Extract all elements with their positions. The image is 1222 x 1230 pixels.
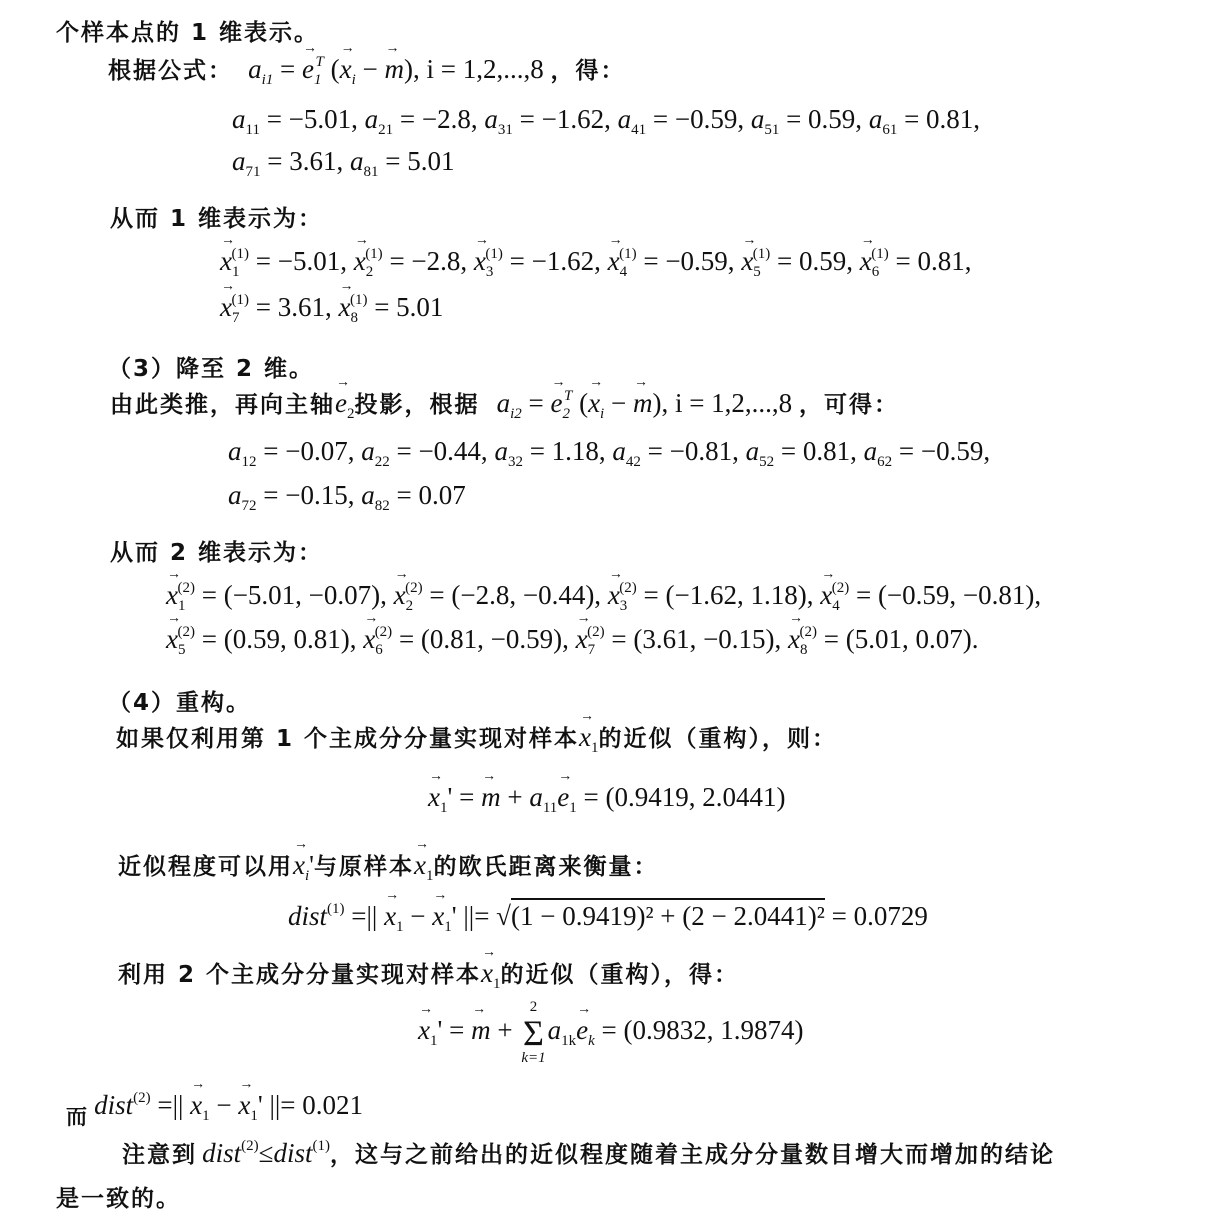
x1-values-row1: x1(1) = −5.01, x2(1) = −2.8, x3(1) = −1.…: [220, 246, 972, 281]
heading-2d: 从而 2 维表示为：: [110, 534, 323, 567]
a2-values-row1: a12 = −0.07, a22 = −0.44, a32 = 1.18, a4…: [228, 436, 990, 471]
heading-1d: 从而 1 维表示为：: [110, 200, 323, 233]
section-3-title: （3）降至 2 维。: [108, 350, 314, 383]
x2-values-row2: x5(2) = (0.59, 0.81), x6(2) = (0.81, −0.…: [166, 624, 979, 659]
section-3-text: 由此类推，再向主轴e2投影，根据 ai2 = e2T (xi − m), i =…: [110, 386, 899, 423]
a1-values-row2: a71 = 3.61, a81 = 5.01: [232, 146, 454, 181]
section-4-text: 如果仅利用第 1 个主成分分量实现对样本x1的近似（重构），则：: [116, 720, 837, 757]
reconstruction-2-formula: x1' = m + 2Σk=1a1kek = (0.9832, 1.9874): [418, 1000, 803, 1066]
summation-icon: 2Σk=1: [521, 1000, 545, 1066]
note-text: 注意到 dist(2)≤dist(1)，这与之前给出的近似程度随着主成分分量数目…: [122, 1136, 1055, 1169]
a2-values-row2: a72 = −0.15, a82 = 0.07: [228, 480, 466, 515]
reconstruction-1-formula: x1' = m + a11e1 = (0.9419, 2.0441): [428, 782, 785, 817]
section-4-title: （4）重构。: [108, 684, 251, 717]
x2-values-row1: x1(2) = (−5.01, −0.07), x2(2) = (−2.8, −…: [166, 580, 1041, 615]
intro-text: 个样本点的 1 维表示。: [56, 14, 319, 47]
dist2-formula: 而 dist(2) =|| x1 − x1' ||= 0.021: [66, 1090, 363, 1125]
a1-values-row1: a11 = −5.01, a21 = −2.8, a31 = −1.62, a4…: [232, 104, 980, 139]
x1-values-row2: x7(1) = 3.61, x8(1) = 5.01: [220, 292, 443, 327]
formula-suffix: ，得：: [550, 58, 625, 84]
use2-text: 利用 2 个主成分分量实现对样本x1的近似（重构），得：: [118, 956, 739, 993]
dist1-formula: dist(1) =|| x1 − x1' ||= √(1 − 0.9419)² …: [288, 898, 928, 936]
note-end: 是一致的。: [56, 1180, 181, 1213]
formula-label: 根据公式：: [108, 58, 233, 84]
formula-projection-e1: 根据公式： ai1 = e1T (xi − m), i = 1,2,...,8 …: [108, 52, 625, 89]
measure-text: 近似程度可以用xi'与原样本x1的欧氏距离来衡量：: [118, 848, 659, 885]
